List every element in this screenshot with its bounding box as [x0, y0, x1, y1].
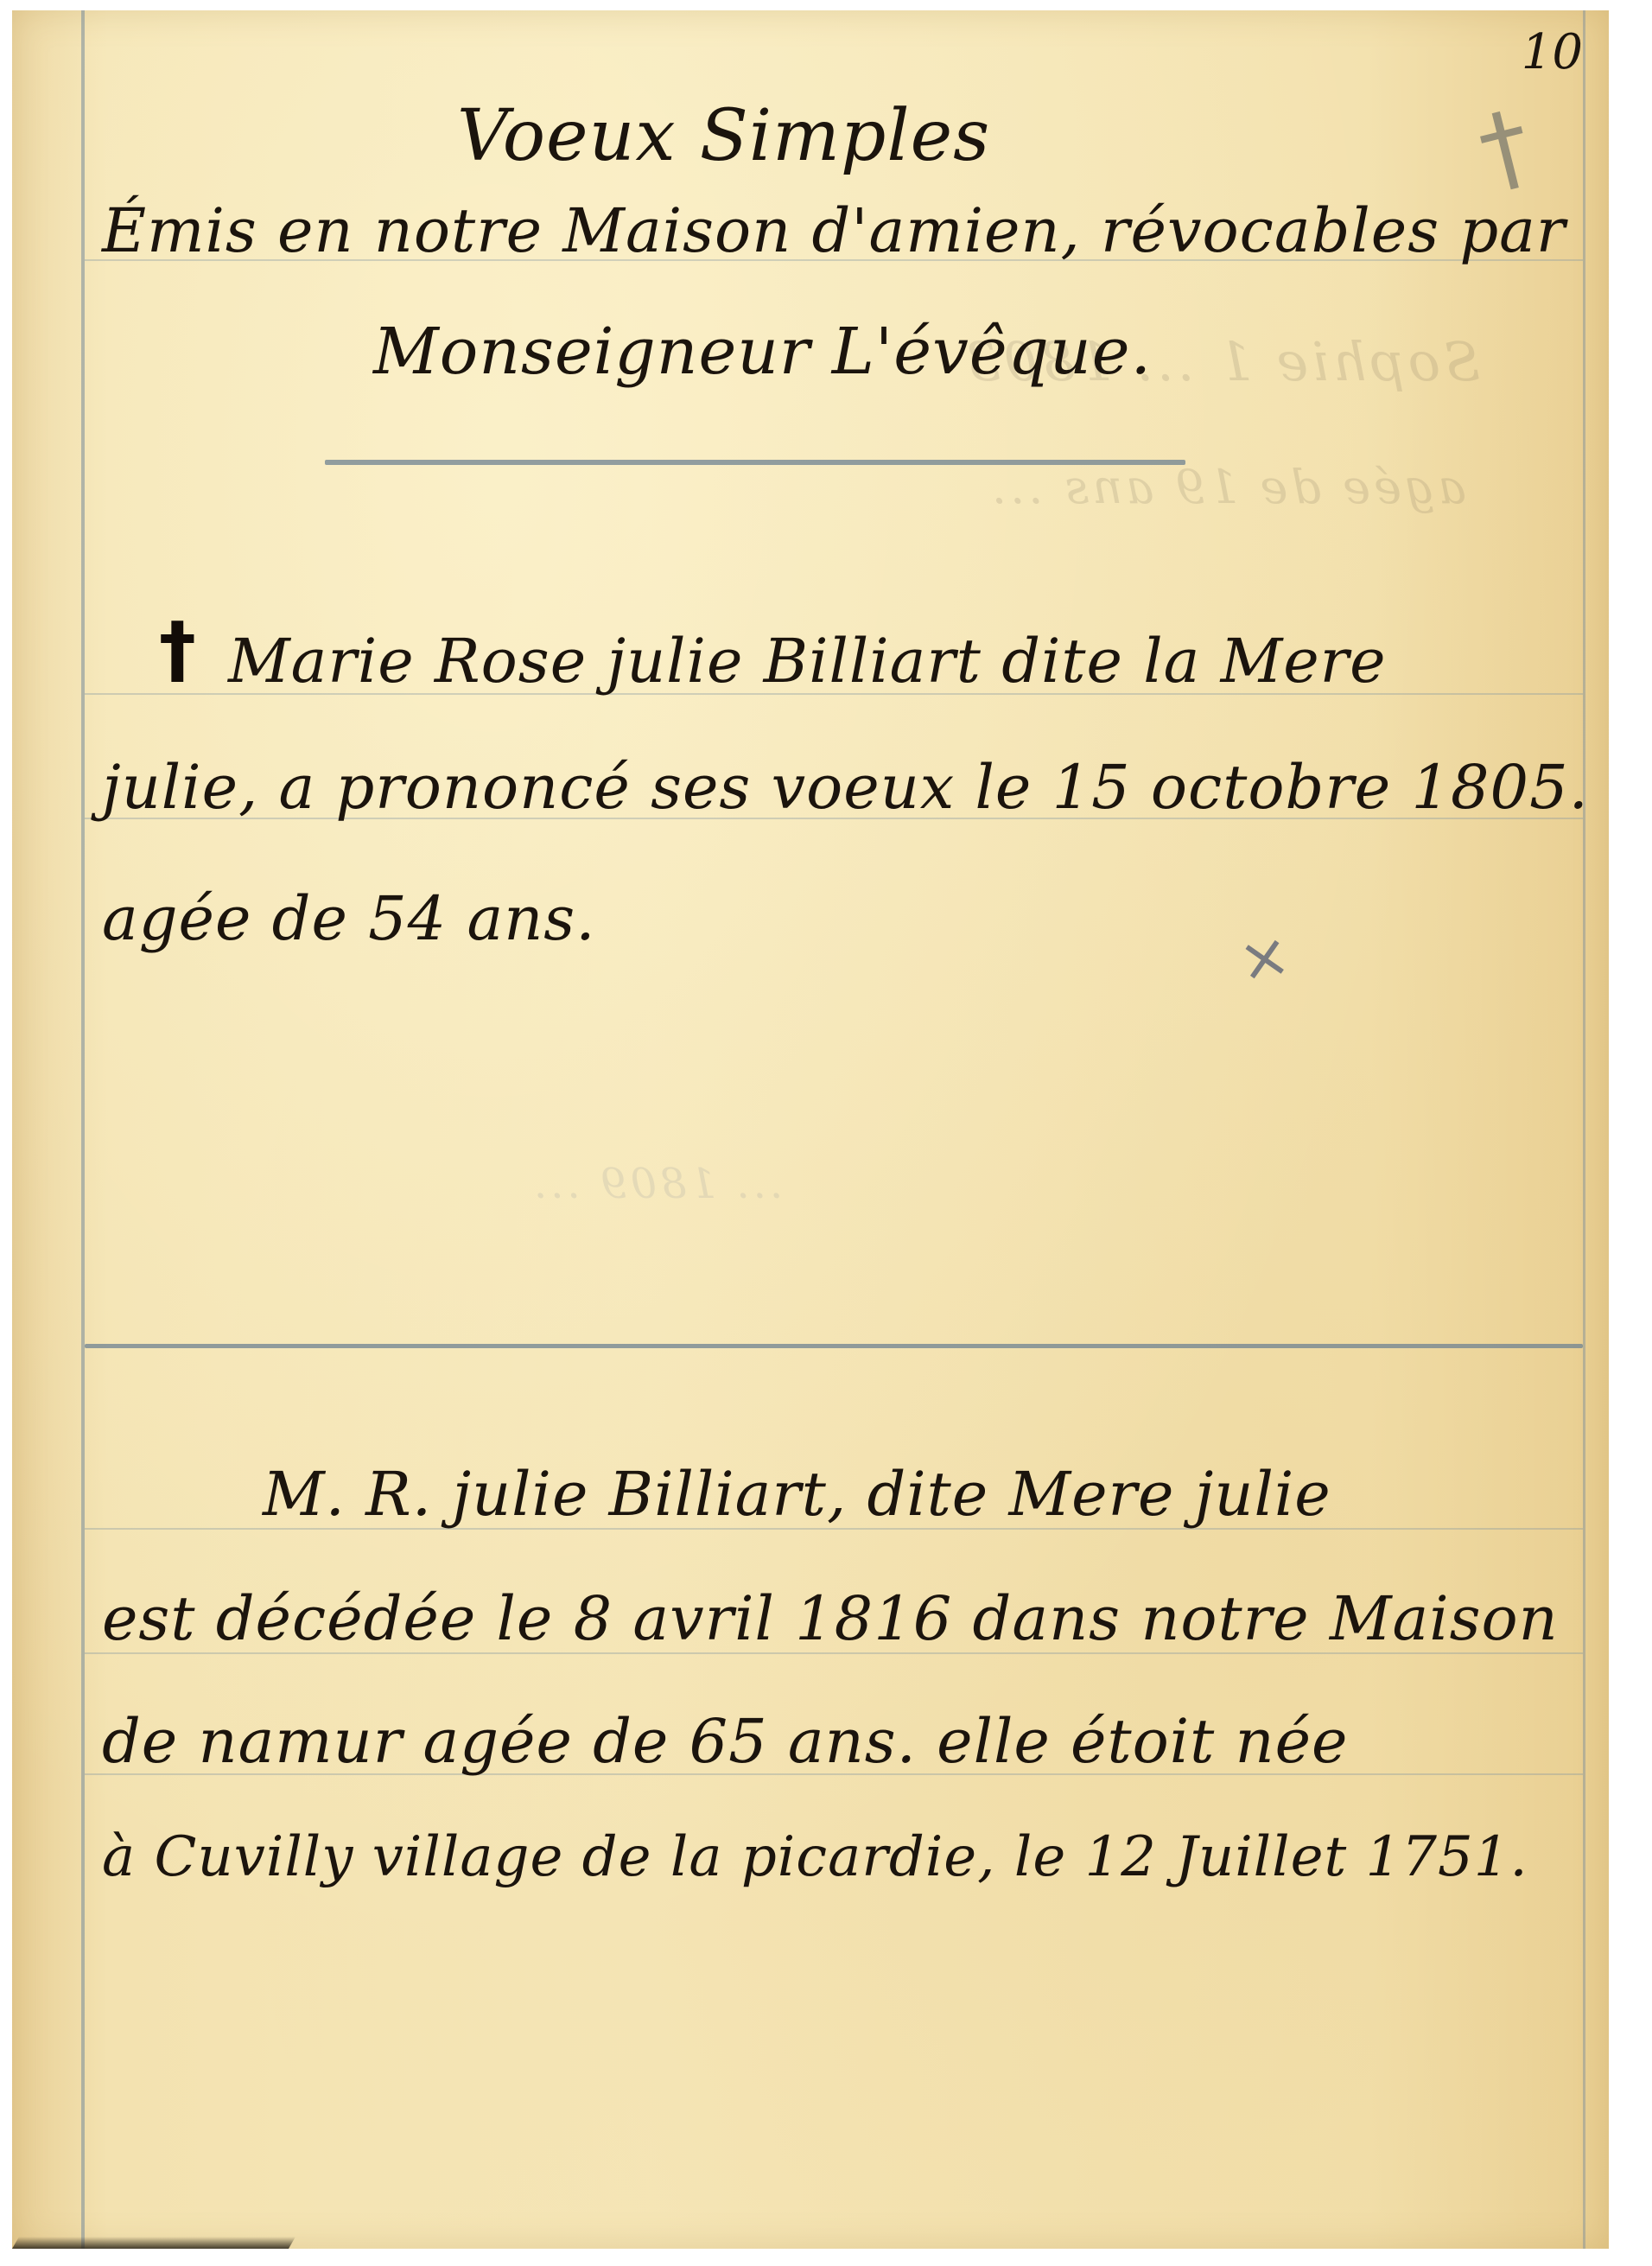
manuscript-page: Sophie 1 ... 1803 agée de 19 ans ... ...… — [12, 10, 1609, 2249]
binding-shadow — [12, 2237, 295, 2249]
entry-death-record: M. R. julie Billiart, dite Mere julie es… — [12, 10, 1609, 2249]
entry-line: M. R. julie Billiart, dite Mere julie — [263, 1459, 1331, 1530]
entry-line: est décédée le 8 avril 1816 dans notre M… — [102, 1583, 1559, 1654]
entry-line: à Cuvilly village de la picardie, le 12 … — [102, 1825, 1528, 1889]
entry-line: de namur agée de 65 ans. elle étoit née — [102, 1706, 1348, 1777]
